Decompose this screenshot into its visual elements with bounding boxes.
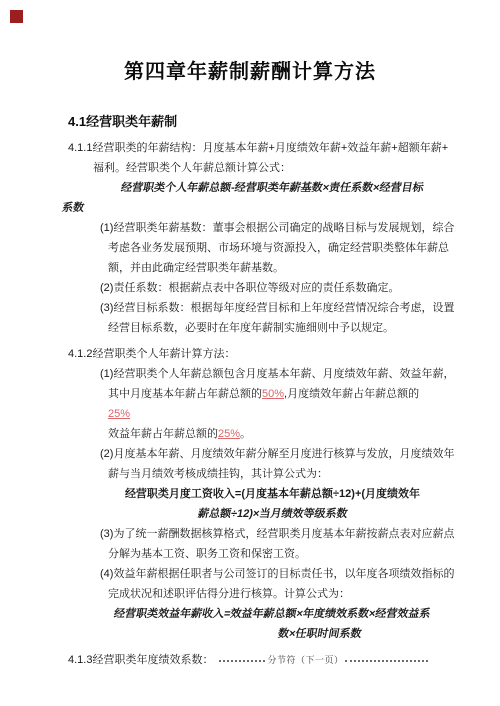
text-line: 其中月度基本年薪占年薪总额的50%,月度绩效年薪占年薪总额的 [0,384,500,404]
text-segment: 经营职类月度工资收入=(月度基本年薪总额÷12)+(月度绩效年 [125,488,420,500]
text-line: 考虑各业务发展预期、市场环境与资源投入，确定经营职类整体年薪总 [0,238,500,258]
text-line: 分解为基本工资、职务工资和保密工资。 [0,544,500,564]
red-square-marker [10,10,23,23]
text-segment: 。 [240,428,251,440]
text-segment: 额，并由此确定经营职类年薪基数。 [108,262,284,274]
text-segment: 经营目标系数，必要时在年度年薪制实施细则中予以规定。 [108,322,394,334]
text-segment: 福利。经营职类个人年薪总额计算公式： [93,162,291,174]
section-break-label: 分节符（下一页） [265,650,345,670]
text-line: (3)为了统一薪酬数据核算格式，经营职类月度基本年薪按薪点表对应薪点 [0,524,500,544]
text-segment: 经营职类效益年薪收入=效益年薪总额×年度绩效系数×经营效益系 [113,604,433,624]
text-line: 福利。经营职类个人年薪总额计算公式： [0,158,500,178]
text-line: 薪与当月绩效考核成绩挂钩，其计算公式为： [0,464,500,484]
text-line: (2)月度基本年薪、月度绩效年薪分解至月度进行核算与发放，月度绩效年 [0,444,500,464]
highlighted-percentage: 50% [262,388,284,400]
text-segment: (3)为了统一薪酬数据核算格式，经营职类月度基本年薪按薪点表对应薪点 [100,528,454,540]
text-line: 4.1.1经营职类的年薪结构：月度基本年薪+月度绩效年薪+效益年薪+超额年薪+ [0,138,500,158]
section-heading-4-1-3: 4.1.3经营职类年度绩效系数： [68,650,213,670]
highlighted-percentage: 25% [108,408,130,420]
text-line: 系数 [0,198,500,218]
text-segment: 效益年薪占年薪总额的 [108,428,218,440]
text-segment: (4)效益年薪根据任职者与公司签订的目标责任书，以年度各项绩效指标的 [100,568,454,580]
text-line: 薪总额÷12)×当月绩效等级系数 [0,504,500,524]
text-segment: 薪总额÷12)×当月绩效等级系数 [196,504,349,524]
document-page: 第四章年薪制薪酬计算方法 4.1经营职类年薪制 4.1.1经营职类的年薪结构：月… [0,0,500,706]
text-line: 额，并由此确定经营职类年薪基数。 [0,258,500,278]
text-segment: 系数 [60,198,86,218]
text-segment: 其中月度基本年薪占年薪总额的 [108,388,262,400]
text-line: (1)经营职类个人年薪总额包含月度基本年薪、月度绩效年薪、效益年薪， [0,364,500,384]
section-heading-4-1: 4.1经营职类年薪制 [0,112,500,132]
text-line: 4.1.2经营职类个人年薪计算方法： [0,344,500,364]
text-line: (4)效益年薪根据任职者与公司签订的目标责任书，以年度各项绩效指标的 [0,564,500,584]
text-segment: 4.1.1经营职类的年薪结构：月度基本年薪+月度绩效年薪+效益年薪+超额年薪+ [68,142,448,154]
text-segment: ,月度绩效年薪占年薪总额的 [284,388,419,400]
text-segment: 完成状况和述职评估得分进行核算。计算公式为： [108,588,350,600]
text-segment: 经营职类个人年薪总额-经营职类年薪基数×责任系数×经营目标 [119,178,425,198]
text-segment: 4.1.2经营职类个人年薪计算方法： [68,348,235,360]
text-segment: (1)经营职类个人年薪总额包含月度基本年薪、月度绩效年薪、效益年薪， [100,368,454,380]
text-line: 数×任职时间系数 [0,624,500,644]
text-line: (1)经营职类年薪基数：董事会根据公司确定的战略目标与发展规划，综合 [0,218,500,238]
text-line: 25% [0,404,500,424]
text-segment: 分解为基本工资、职务工资和保密工资。 [108,548,306,560]
section-break-dots-right [345,660,428,662]
document-lines: 4.1.1经营职类的年薪结构：月度基本年薪+月度绩效年薪+效益年薪+超额年薪+福… [0,138,500,644]
section-4-1-3-row: 4.1.3经营职类年度绩效系数： 分节符（下一页） [0,650,428,670]
text-line: 经营目标系数，必要时在年度年薪制实施细则中予以规定。 [0,318,500,338]
text-segment: 数×任职时间系数 [277,624,364,644]
text-line: 经营职类月度工资收入=(月度基本年薪总额÷12)+(月度绩效年 [0,484,500,504]
text-segment: (2)月度基本年薪、月度绩效年薪分解至月度进行核算与发放，月度绩效年 [100,448,454,460]
text-segment: (1)经营职类年薪基数：董事会根据公司确定的战略目标与发展规划，综合 [100,222,454,234]
chapter-title: 第四章年薪制薪酬计算方法 [0,58,500,86]
text-segment: 考虑各业务发展预期、市场环境与资源投入，确定经营职类整体年薪总 [108,242,449,254]
text-line: (2)责任系数：根据薪点表中各职位等级对应的责任系数确定。 [0,278,500,298]
text-line: (3)经营目标系数：根据每年度经营目标和上年度经营情况综合考虑，设置 [0,298,500,318]
text-line: 经营职类个人年薪总额-经营职类年薪基数×责任系数×经营目标 [0,178,500,198]
text-segment: 薪与当月绩效考核成绩挂钩，其计算公式为： [108,468,328,480]
text-segment: (2)责任系数：根据薪点表中各职位等级对应的责任系数确定。 [100,282,399,294]
highlighted-percentage: 25% [218,428,240,440]
section-break-dots-left [219,660,265,662]
text-segment: (3)经营目标系数：根据每年度经营目标和上年度经营情况综合考虑，设置 [100,302,454,314]
text-line: 效益年薪占年薪总额的25%。 [0,424,500,444]
text-line: 完成状况和述职评估得分进行核算。计算公式为： [0,584,500,604]
text-line: 经营职类效益年薪收入=效益年薪总额×年度绩效系数×经营效益系 [0,604,500,624]
